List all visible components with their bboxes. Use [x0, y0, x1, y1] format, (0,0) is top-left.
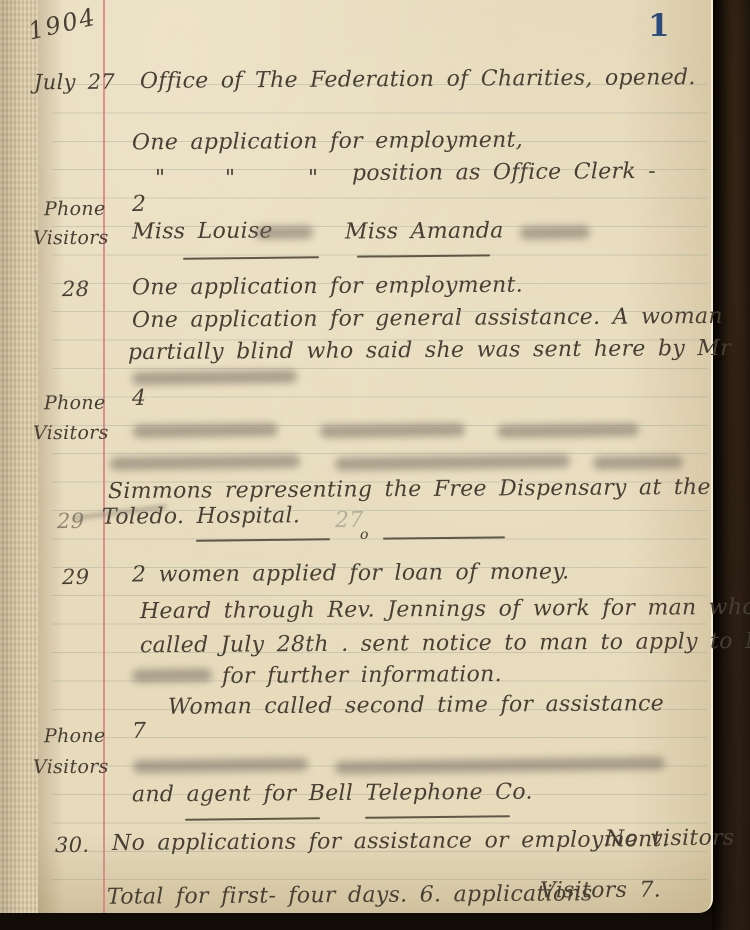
redacted-name-smudge — [593, 455, 683, 469]
entry-line: One application for employment. — [132, 273, 523, 301]
entry-line: Total for first- four days. 6. applicati… — [107, 881, 593, 909]
phone-label: Phone — [44, 198, 106, 220]
redacted-name-smudge — [133, 423, 278, 438]
entry-line: Heard through Rev. Jennings of work for … — [140, 595, 750, 624]
phone-count: 4 — [132, 386, 146, 411]
redacted-name-smudge — [497, 423, 639, 438]
entry-line: partially blind who said she was sent he… — [128, 336, 731, 365]
redacted-name-smudge — [255, 226, 313, 240]
visitors-label: Visitors — [33, 227, 109, 250]
day-number: 29 — [62, 565, 89, 589]
redacted-name-smudge — [132, 668, 212, 682]
phone-count: 2 — [132, 192, 146, 217]
entry-line: called July 28th . sent notice to man to… — [140, 629, 750, 658]
entry-line: Simmons representing the Free Dispensary… — [108, 475, 711, 504]
ditto-mark: " — [308, 166, 319, 191]
redacted-name-smudge — [133, 758, 308, 773]
redacted-name-smudge — [132, 370, 297, 385]
redacted-name-smudge — [320, 423, 465, 438]
entry-line: Woman called second time for assistance — [168, 691, 664, 719]
day-number: 29 — [57, 509, 84, 533]
entry-line: 2 women applied for loan of money. — [132, 559, 570, 587]
entry-line: No applications for assistance or employ… — [112, 827, 669, 856]
redacted-name-smudge — [110, 455, 300, 471]
entry-line: Visitors 7. — [540, 878, 661, 904]
scanned-ledger-photo: 1904 1 July 27Office of The Federation o… — [0, 0, 750, 930]
redacted-name-smudge — [520, 226, 590, 240]
entry-line: and agent for Bell Telephone Co. — [132, 780, 533, 808]
page-number: 1 — [648, 8, 670, 44]
day-number: 28 — [62, 277, 89, 301]
book-cover-edge — [712, 0, 750, 930]
divider-ornament: o — [360, 527, 368, 543]
entry-line: One application for general assistance. … — [132, 304, 723, 333]
ditto-mark: " — [225, 166, 236, 191]
entry-line: Miss Louise — [132, 219, 273, 245]
entry-line: Office of The Federation of Charities, o… — [140, 65, 696, 94]
phone-label: Phone — [44, 392, 106, 414]
visitors-label: Visitors — [33, 756, 109, 779]
day-number: 30. — [55, 833, 89, 857]
entry-line: Miss Amanda — [345, 218, 504, 244]
phone-label: Phone — [44, 725, 106, 747]
entry-line: Toledo. Hospital. — [102, 503, 300, 529]
ledger-paper: 1904 1 July 27Office of The Federation o… — [0, 0, 713, 913]
phone-count: 7 — [132, 719, 146, 744]
entry-line: for further information. — [222, 662, 502, 689]
entry-line: One application for employment, — [132, 128, 523, 156]
visitors-label: Visitors — [33, 422, 109, 445]
margin-date: July 27 — [34, 70, 115, 95]
ditto-mark: " — [155, 166, 166, 191]
entry-line: No visitors — [605, 826, 735, 852]
entry-line: position as Office Clerk - — [352, 159, 656, 186]
